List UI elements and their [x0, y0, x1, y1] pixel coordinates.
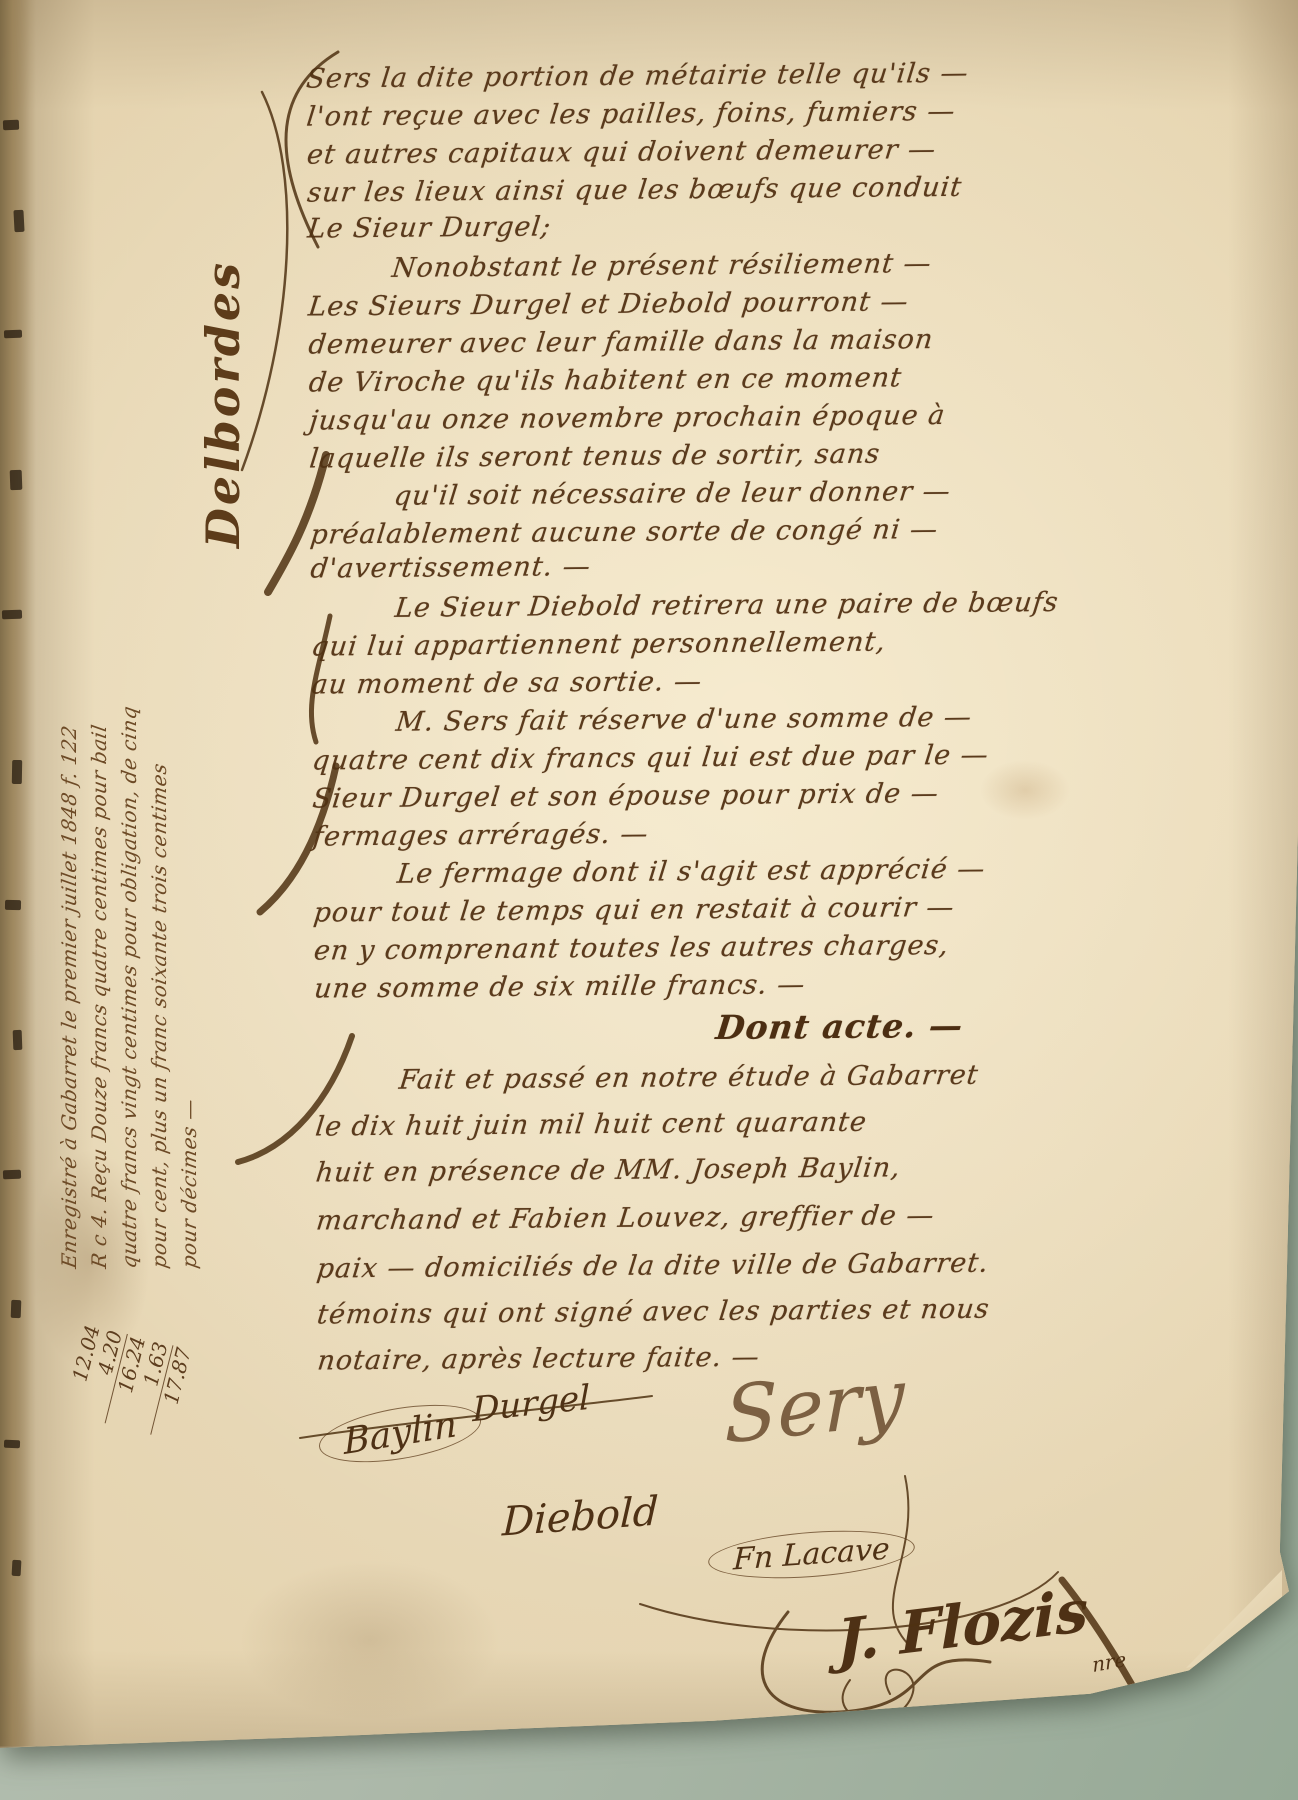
fee-calculations: 12.044.2016.241.6317.87	[60, 1323, 196, 1441]
deed-line: pour tout le temps qui en restait à cour…	[312, 892, 956, 929]
deed-line: Le Sieur Diebold retirera une paire de b…	[393, 587, 1060, 624]
deed-line: au moment de sa sortie. —	[310, 666, 704, 700]
margin-note-line: R c 4. Reçu Douze francs quatre centimes…	[84, 96, 114, 1271]
deed-line: Le fermage dont il s'agit est apprécié —	[396, 854, 988, 890]
registrar-signature: Delbordes	[196, 260, 250, 548]
margin-note-line: Enregistré à Gabarret le premier juillet…	[54, 96, 84, 1271]
edge-ink-mark	[5, 900, 21, 910]
deed-line: Fait et passé en notre étude à Gabarret	[397, 1060, 980, 1096]
deed-line: qu'il soit nécessaire de leur donner —	[392, 476, 952, 512]
signature-sery: Sery	[724, 1352, 904, 1461]
deed-line: et autres capitaux qui doivent demeurer …	[305, 134, 938, 171]
edge-ink-mark	[10, 470, 23, 490]
signature-fn-lacave: Fn Lacave	[707, 1525, 915, 1585]
signature-diebold: Diebold	[501, 1488, 659, 1545]
deed-line: Les Sieurs Durgel et Diebold pourront —	[307, 286, 911, 322]
deed-line: paix — domiciliés de la dite ville de Ga…	[315, 1248, 990, 1285]
deed-body-text: Sers la dite portion de métairie telle q…	[306, 0, 1128, 1434]
deed-line: l'ont reçue avec les pailles, foins, fum…	[305, 96, 957, 133]
deed-line: de Viroche qu'ils habitent en ce moment	[307, 362, 903, 398]
edge-ink-mark	[4, 1440, 20, 1449]
edge-ink-mark	[3, 1170, 21, 1180]
deed-line: une somme de six mille francs. —	[313, 969, 807, 1004]
deed-line: quatre cent dix francs qui lui est due p…	[311, 740, 991, 777]
deed-page: Enregistré à Gabarret le premier juillet…	[0, 0, 1298, 1800]
deed-line: huit en présence de MM. Joseph Baylin,	[314, 1152, 902, 1188]
deed-line: laquelle ils seront tenus de sortir, san…	[308, 439, 882, 475]
deed-line: fermages arréragés. —	[311, 819, 650, 853]
deed-line: qui lui appartiennent personnellement,	[310, 627, 888, 663]
deed-line: sur les lieux ainsi que les bœufs que co…	[306, 172, 964, 209]
deed-line: témoins qui ont signé avec les parties e…	[315, 1294, 991, 1331]
edge-ink-mark	[2, 610, 22, 620]
signature-nre: nre	[1091, 1647, 1126, 1677]
edge-ink-mark	[13, 210, 24, 232]
edge-ink-mark	[12, 760, 22, 784]
photo-of-document: { "page": { "body_lines": [ {"text":"Ser…	[0, 0, 1298, 1800]
margin-note-line: quatre francs vingt centimes pour obliga…	[114, 96, 144, 1271]
deed-line: Sieur Durgel et son épouse pour prix de …	[311, 778, 941, 814]
edge-ink-mark	[13, 1030, 23, 1050]
deed-line: préalablement aucune sorte de congé ni —	[309, 514, 940, 551]
paper-stain	[240, 1560, 500, 1720]
deed-line: demeurer avec leur famille dans la maiso…	[307, 324, 935, 360]
deed-line: le dix huit juin mil huit cent quarante	[314, 1107, 869, 1143]
signature-j-flozis: J. Flozis	[836, 1576, 1088, 1675]
deed-line: en y comprenant toutes les autres charge…	[312, 930, 950, 967]
edge-ink-mark	[12, 1560, 22, 1576]
deed-line: jusqu'au onze novembre prochain époque à	[308, 400, 947, 437]
deed-line: Le Sieur Durgel;	[306, 211, 553, 244]
deed-line: marchand et Fabien Louvez, greffier de —	[315, 1200, 937, 1236]
deed-line: d'avertissement. —	[309, 551, 593, 584]
folded-corner	[1186, 1570, 1282, 1668]
edge-ink-mark	[3, 120, 19, 131]
binding-gutter	[0, 0, 36, 1746]
edge-ink-mark	[4, 330, 22, 339]
deed-line: notaire, après lecture faite. —	[316, 1342, 762, 1377]
edge-ink-mark	[11, 1300, 22, 1318]
document-photo: Enregistré à Gabarret le premier juillet…	[0, 0, 1298, 1800]
deed-line: Sers la dite portion de métairie telle q…	[305, 58, 971, 95]
margin-note-line: pour cent, plus un franc soixante trois …	[144, 96, 174, 1271]
deed-line: Dont acte. —	[433, 1003, 1247, 1049]
deed-line: Nonobstant le présent résiliement —	[390, 248, 933, 284]
registration-note: Enregistré à Gabarret le premier juillet…	[54, 98, 204, 1268]
deed-line: M. Sers fait réserve d'une somme de —	[394, 702, 974, 738]
